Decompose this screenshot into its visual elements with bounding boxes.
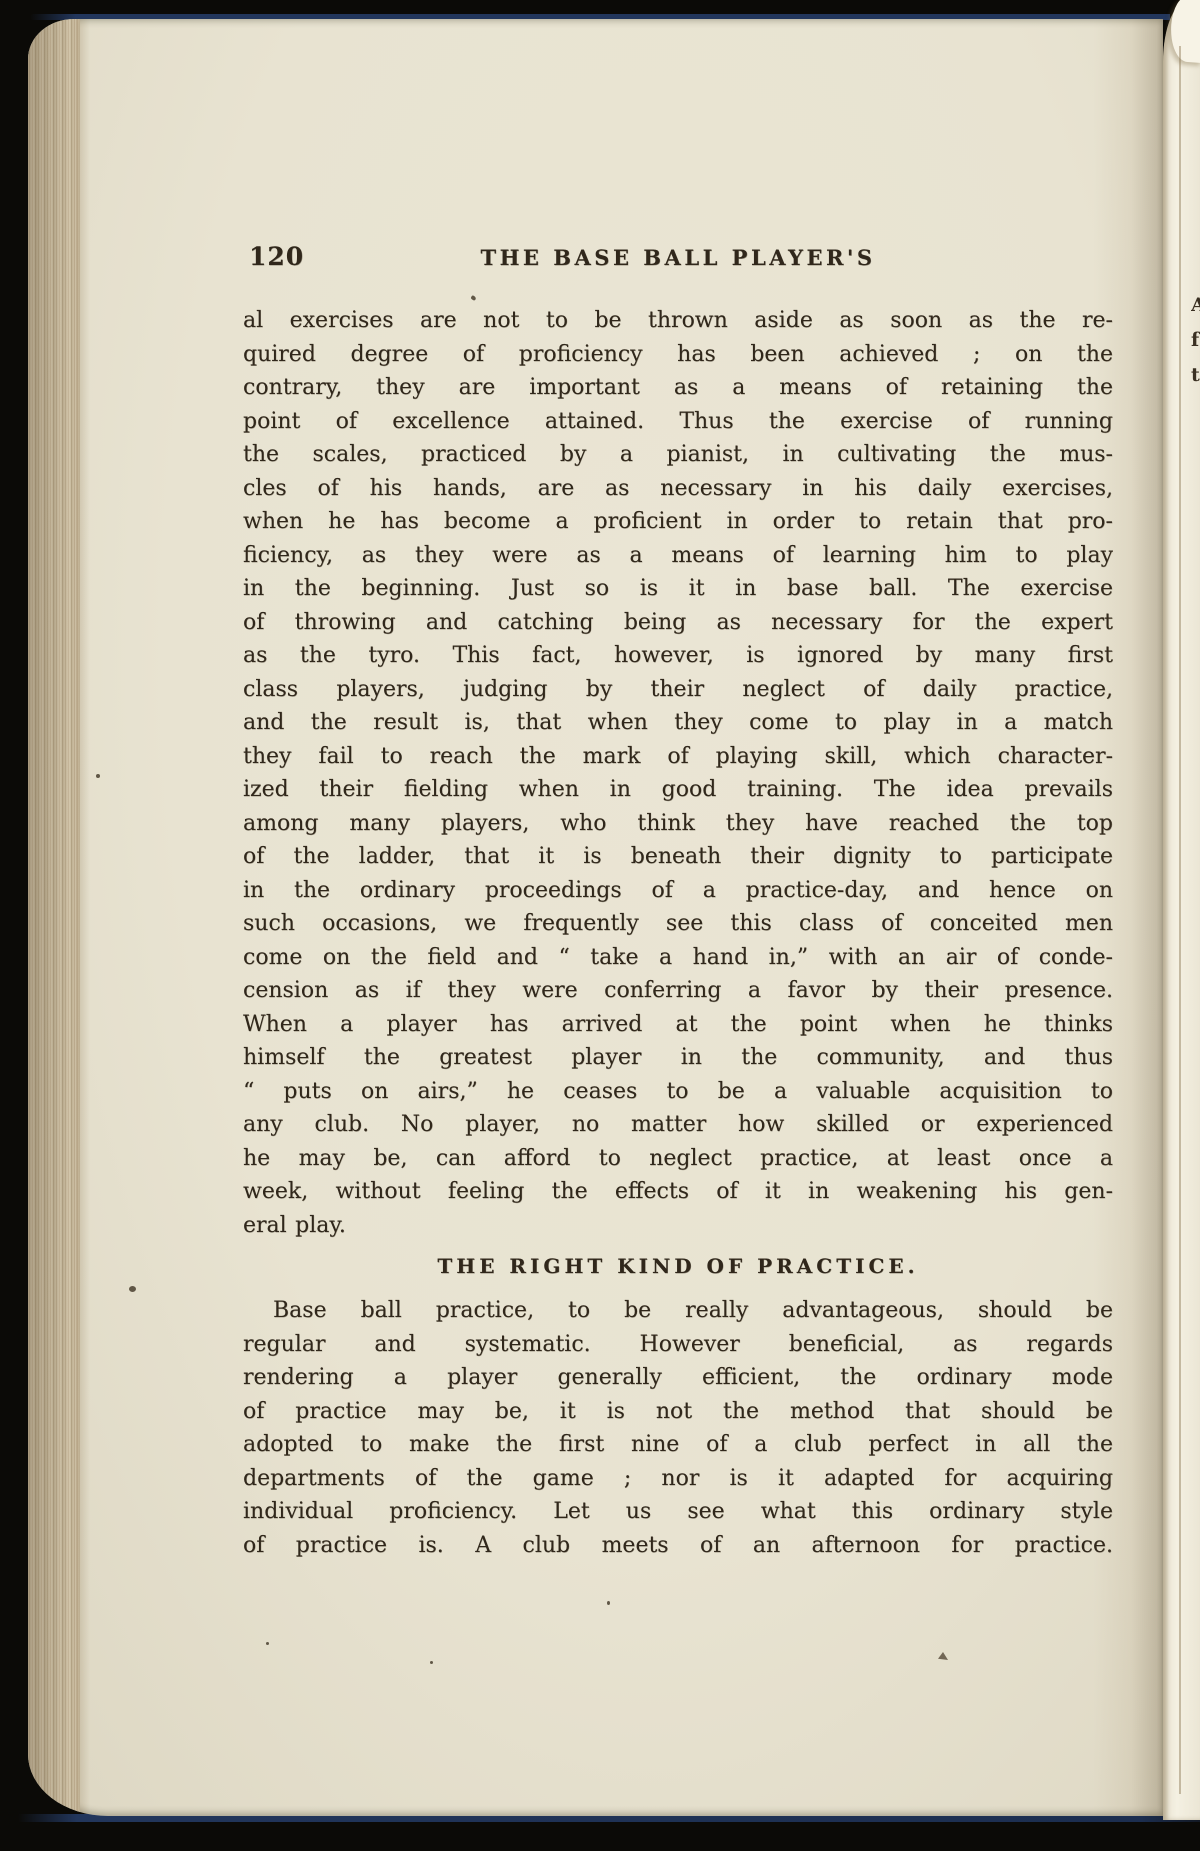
text-line: himself the greatest player in the commu…: [243, 1041, 1113, 1075]
facing-page-text-fragments: Aft: [1191, 288, 1200, 393]
text-line: he may be, can afford to neglect practic…: [243, 1142, 1113, 1176]
text-line: rendering a player generally efficient, …: [243, 1361, 1113, 1395]
text-line: contrary, they are important as a means …: [243, 371, 1113, 405]
text-line: departments of the game ; nor is it adap…: [243, 1462, 1113, 1496]
text-line: of the ladder, that it is beneath their …: [243, 840, 1113, 874]
ink-speck: [129, 1286, 136, 1292]
frag: A: [1191, 288, 1200, 323]
text-line: the scales, practiced by a pianist, in c…: [243, 438, 1113, 472]
ink-speck: [96, 774, 100, 778]
text-line: ized their fielding when in good trainin…: [243, 773, 1113, 807]
running-header: 120 THE BASE BALL PLAYER'S: [243, 237, 1113, 271]
text-line: any club. No player, no matter how skill…: [243, 1108, 1113, 1142]
running-title: THE BASE BALL PLAYER'S: [243, 245, 1113, 270]
text-line: adopted to make the first nine of a club…: [243, 1428, 1113, 1462]
text-line: point of excellence attained. Thus the e…: [243, 405, 1113, 439]
paragraph: Base ball practice, to be really advanta…: [243, 1294, 1113, 1562]
text-line: they fail to reach the mark of playing s…: [243, 740, 1113, 774]
page-crease-shadow: [1093, 19, 1163, 1816]
ink-speck: [430, 1661, 433, 1664]
ink-speck: [266, 1642, 269, 1645]
frag: t: [1191, 358, 1200, 393]
text-line: come on the field and “ take a hand in,”…: [243, 941, 1113, 975]
text-line: in the beginning. Just so is it in base …: [243, 572, 1113, 606]
text-line: of practice is. A club meets of an after…: [243, 1529, 1113, 1563]
ink-speck: [938, 1652, 948, 1660]
ink-speck: [470, 295, 476, 301]
section-heading: THE RIGHT KIND OF PRACTICE.: [243, 1254, 1113, 1278]
text-line: regular and systematic. However benefici…: [243, 1328, 1113, 1362]
text-line: as the tyro. This fact, however, is igno…: [243, 639, 1113, 673]
text-line: al exercises are not to be thrown aside …: [243, 304, 1113, 338]
facing-page-crease: [1179, 46, 1181, 1794]
text-line: cles of his hands, are as necessary in h…: [243, 472, 1113, 506]
text-line: When a player has arrived at the point w…: [243, 1008, 1113, 1042]
text-line: individual proficiency. Let us see what …: [243, 1495, 1113, 1529]
book-page: 120 THE BASE BALL PLAYER'S al exercises …: [28, 19, 1163, 1816]
text-line: such occasions, we frequently see this c…: [243, 907, 1113, 941]
text-line: among many players, who think they have …: [243, 807, 1113, 841]
book-photo-backdrop: 120 THE BASE BALL PLAYER'S al exercises …: [0, 0, 1200, 1851]
text-line: of throwing and catching being as necess…: [243, 606, 1113, 640]
text-line: week, without feeling the effects of it …: [243, 1175, 1113, 1209]
text-line: ficiency, as they were as a means of lea…: [243, 539, 1113, 573]
text-line: in the ordinary proceedings of a practic…: [243, 874, 1113, 908]
page-surface: 120 THE BASE BALL PLAYER'S al exercises …: [28, 19, 1163, 1816]
text-line: of practice may be, it is not the method…: [243, 1395, 1113, 1429]
facing-page-edge: Aft: [1163, 0, 1200, 1820]
ink-speck: [607, 1601, 610, 1605]
text-line: and the result is, that when they come t…: [243, 706, 1113, 740]
text-line: Base ball practice, to be really advanta…: [243, 1294, 1113, 1328]
text-line: quired degree of proficiency has been ac…: [243, 338, 1113, 372]
text-line: “ puts on airs,” he ceases to be a valua…: [243, 1075, 1113, 1109]
page-curl: [1169, 0, 1200, 63]
frag: f: [1191, 323, 1200, 358]
text-line: class players, judging by their neglect …: [243, 673, 1113, 707]
text-line: when he has become a proficient in order…: [243, 505, 1113, 539]
text-line: eral play.: [243, 1209, 1113, 1243]
paragraph-continuation: al exercises are not to be thrown aside …: [243, 304, 1113, 1242]
text-line: cension as if they were conferring a fav…: [243, 974, 1113, 1008]
